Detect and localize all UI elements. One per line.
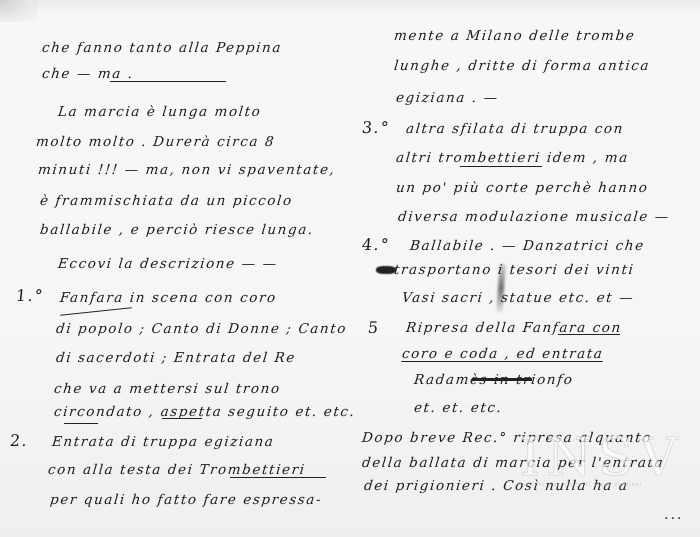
paper-corner-stain (0, 0, 38, 22)
handwritten-line: un po' più corte perchè hanno (395, 180, 649, 196)
handwritten-line: che — ma . (41, 66, 134, 82)
handwritten-line: molto molto . Durerà circa 8 (35, 134, 276, 150)
handwritten-line: trasportano i tesori dei vinti (393, 262, 635, 278)
continuation-dots: ... (664, 507, 683, 523)
handwritten-line: che va a mettersi sul trono (53, 381, 281, 397)
handwritten-line: Ballabile . — Danzatrici che (409, 238, 645, 254)
handwritten-line: altra sfilata di truppa con (405, 121, 625, 137)
handwritten-line: lunghe , dritte di forma antica (393, 58, 651, 74)
handwritten-line: et. et. etc. (413, 400, 503, 416)
handwritten-line: diversa modulazione musicale — (397, 209, 671, 225)
handwritten-line: La marcia è lunga molto (57, 104, 262, 120)
item-number: 5 (367, 318, 381, 337)
underline-stroke (230, 477, 326, 478)
watermark-logo: INSV (520, 428, 683, 488)
handwritten-line: mente a Milano delle trombe (393, 28, 636, 44)
underline-stroke (60, 307, 132, 316)
underline-stroke (558, 334, 620, 335)
strikethrough-stroke (472, 378, 532, 381)
letter-page: che fanno tanto alla Peppina che — ma . … (0, 0, 700, 537)
handwritten-line: di popolo ; Canto di Donne ; Canto (55, 321, 348, 337)
handwritten-line: è frammischiata da un piccolo (39, 193, 293, 209)
handwritten-line: altri trombettieri idem , ma (395, 150, 629, 166)
handwritten-line: Vasi sacri , statue etc. et — (401, 290, 635, 306)
handwritten-line: per quali ho fatto fare espressa- (49, 492, 323, 508)
handwritten-line: egiziana . — (395, 90, 499, 106)
handwritten-line: ballabile , e perciò riesce lunga. (39, 222, 314, 238)
watermark-subtext: Istituto Nazionale di Studi Verdiani (520, 482, 642, 488)
handwritten-line: minuti !!! — ma, non vi spaventate, (37, 162, 336, 178)
handwritten-line: di sacerdoti ; Entrata del Re (55, 350, 297, 366)
item-number: 2. (9, 431, 29, 450)
underline-stroke (162, 418, 202, 419)
handwritten-line: Entrata di truppa egiziana (51, 434, 275, 450)
handwritten-line: che fanno tanto alla Peppina (41, 40, 283, 56)
underline-stroke (64, 423, 98, 424)
item-number: 4.° (361, 235, 391, 254)
item-number: 3.° (361, 118, 391, 137)
handwritten-line: Eccovi la descrizione — — (57, 256, 278, 272)
handwritten-line: coro e coda , ed entrata (401, 346, 604, 362)
underline-stroke (460, 166, 542, 167)
handwritten-line: con alla testa dei Trombettieri (47, 462, 306, 478)
item-number: 1.° (15, 286, 45, 305)
handwritten-line: circondato , aspetta seguito et. etc. (53, 404, 356, 420)
underline-stroke (110, 81, 226, 82)
handwritten-line: Fanfara in scena con coro (59, 290, 277, 306)
